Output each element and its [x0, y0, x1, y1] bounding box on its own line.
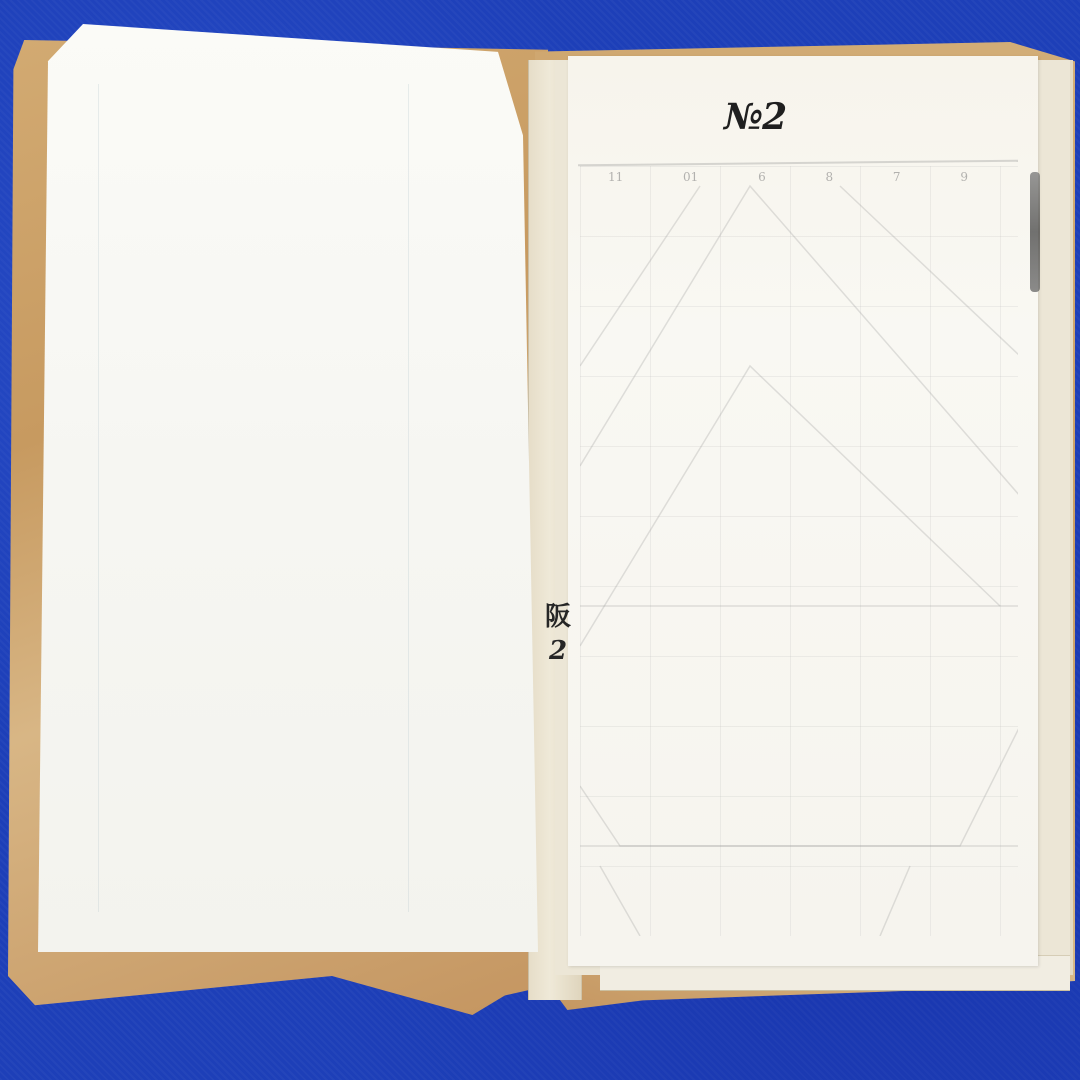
faint-rule [98, 84, 99, 912]
page-edge-stain [1030, 172, 1040, 292]
left-page-blank [38, 24, 538, 952]
faint-rule [408, 84, 409, 912]
spine-label-char: 阪 [540, 600, 576, 634]
spine-label: 阪 2 [540, 600, 576, 668]
diagonal-pattern [580, 166, 1018, 936]
diamond-pattern-icon [580, 166, 1018, 936]
spine-label-number: 2 [540, 634, 576, 668]
page-number-title: №2 [724, 96, 786, 138]
right-page-grid: №2 11 01 6 8 7 9 [568, 56, 1038, 966]
